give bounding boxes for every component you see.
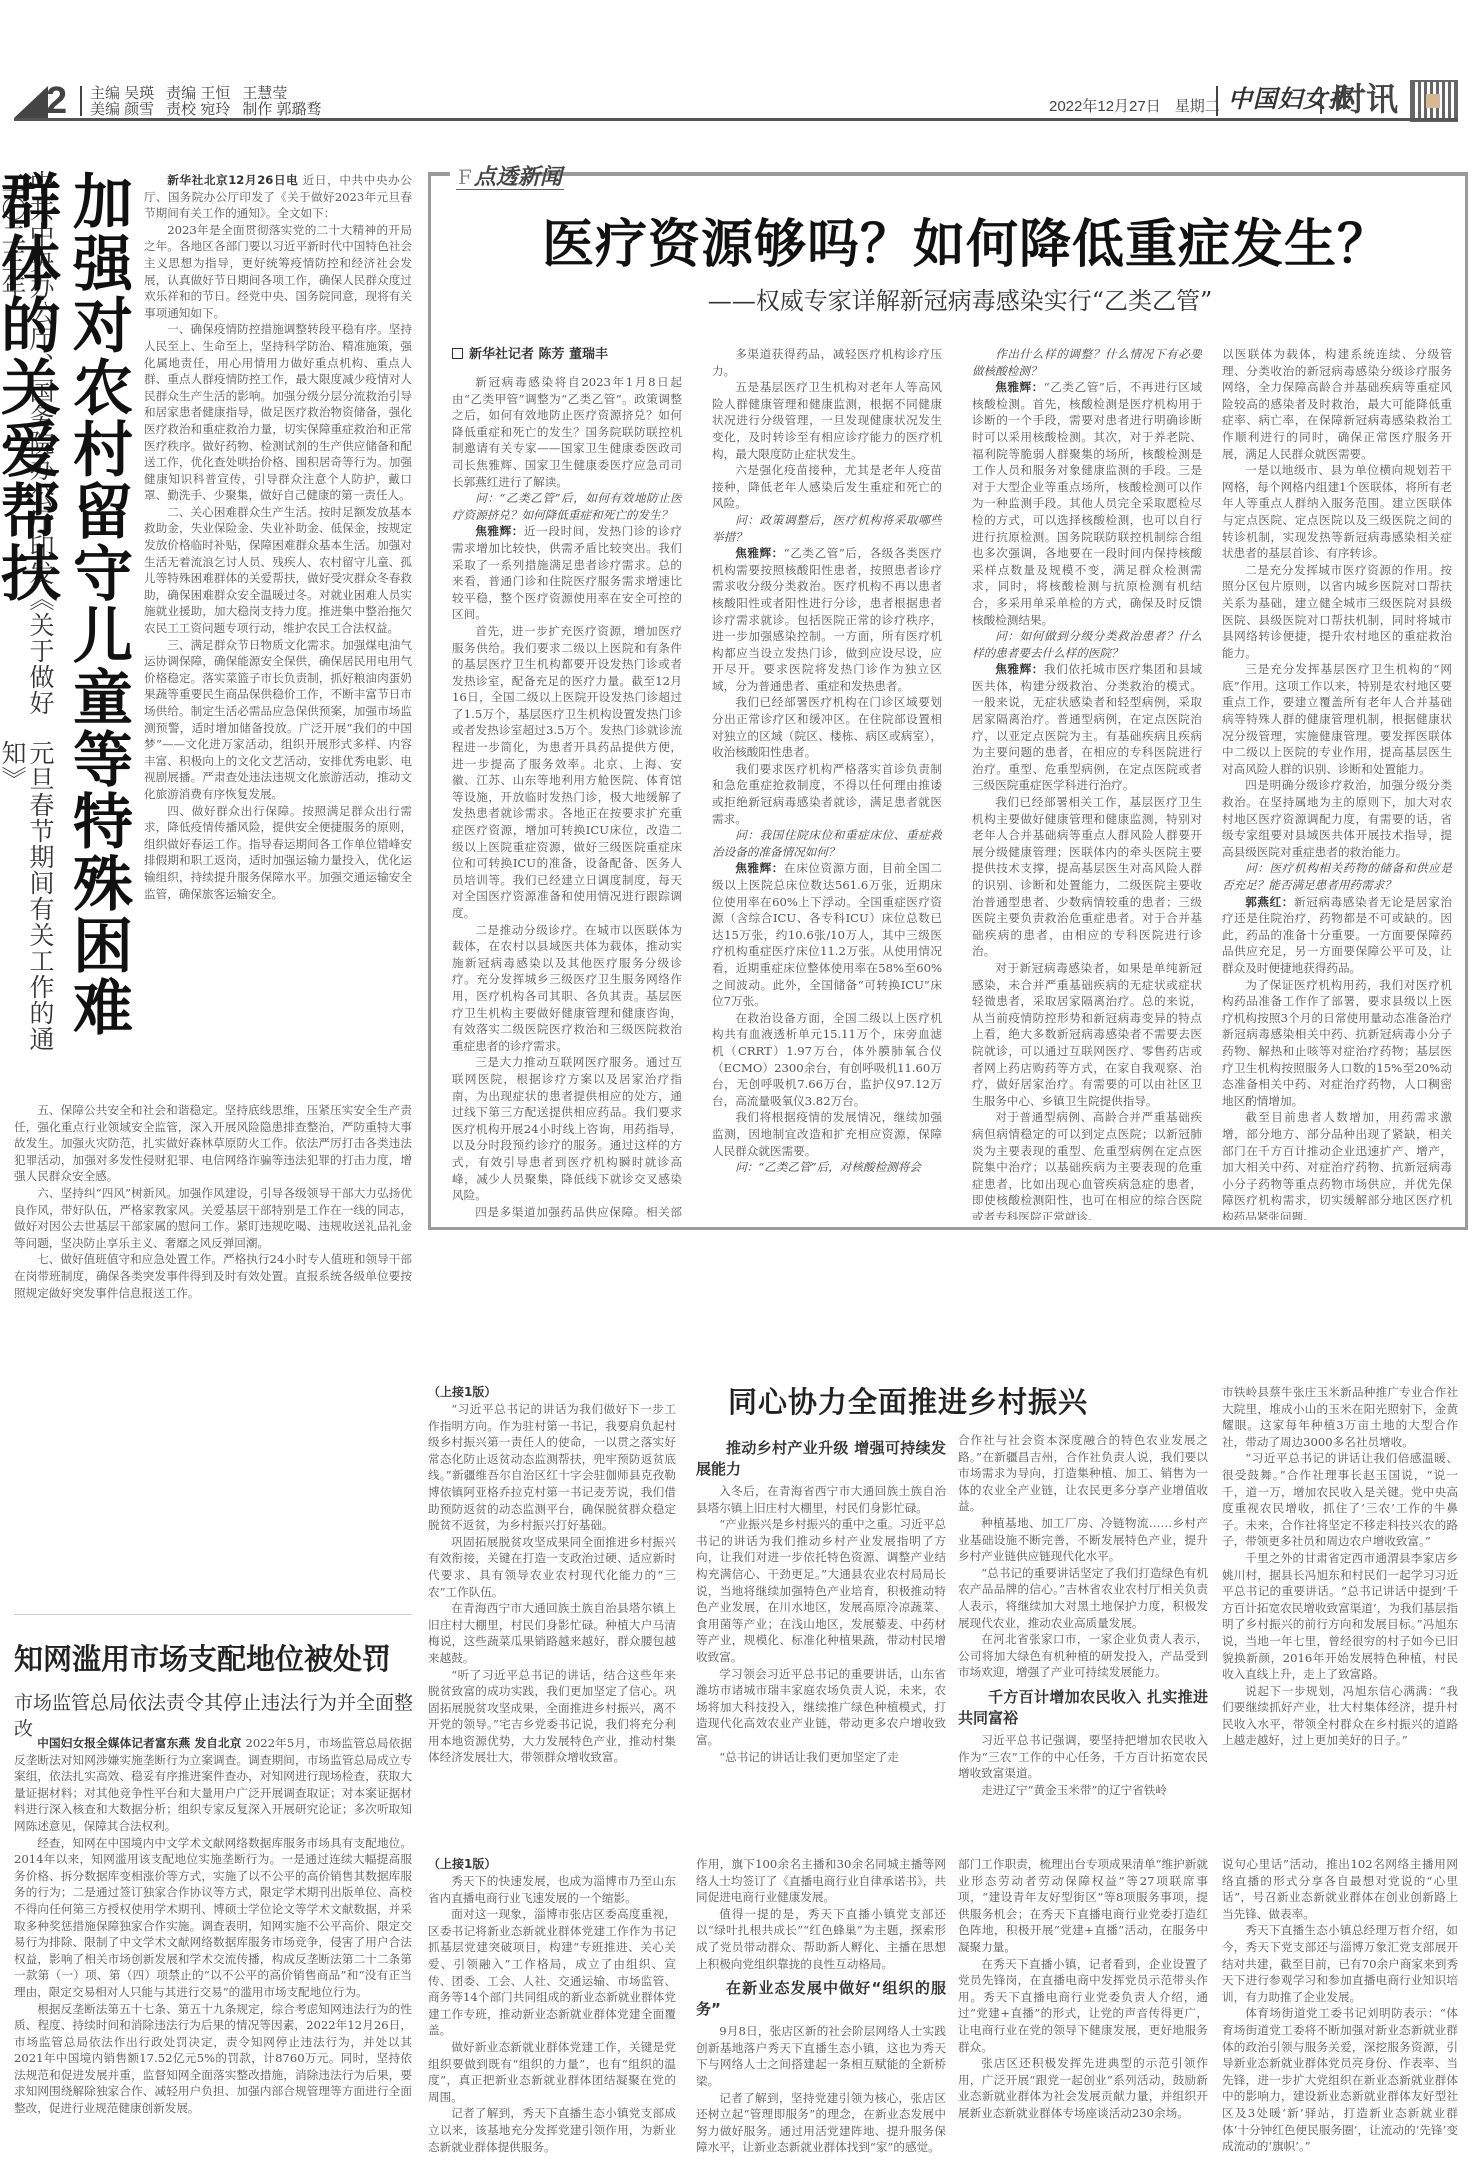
credit-chief-editor: 主编 吴瑛 xyxy=(90,86,154,102)
livestream-column-4: 说句心里话”活动，推出102名网络主播用网络直播的形式分享各自最想对党说的“心里… xyxy=(1222,1856,1458,2156)
continued-label: （上接1版） xyxy=(428,1856,676,1873)
kicker-prefix: F xyxy=(458,165,472,189)
paragraph: 面对这一现象，淄博市张店区委高度重视，区委书记将新业态新就业群体党建工作作为书记… xyxy=(428,1906,676,2039)
paragraph: “产业振兴是乡村振兴的重中之重。习近平总书记的讲话为我们推动乡村产业发展指明了方… xyxy=(696,1516,946,1665)
speaker: 焦雅辉： xyxy=(475,524,524,538)
checkbox-icon xyxy=(452,348,463,359)
paragraph: “总书记的讲话让我们更加坚定了走 xyxy=(696,1749,946,1766)
paragraph: 一、确保疫情防控措施调整转段平稳有序。坚持人民至上、生命至上，坚持科学防治、精准… xyxy=(144,321,412,504)
livestream-column-3: 部门工作职责，梳理出台专项成果清单“维护新就业形态劳动者劳动保障权益”等27项联… xyxy=(958,1856,1208,2156)
paragraph: 三是充分发挥基层医疗卫生机构的“网底”作用。这项工作以来，特别是农村地区要重点工… xyxy=(1222,661,1452,777)
subheading: 在新业态发展中做好“组织的服务” xyxy=(696,1978,946,2020)
paragraph: 三是大力推动互联网医疗服务。通过互联网医院，根据诊疗方案以及居家治疗指南，为出现… xyxy=(452,1054,682,1203)
date-text: 2022年12月27日 xyxy=(1049,98,1161,115)
paragraph: 首先，进一步扩充医疗资源，增加医疗服务供给。我们要求二级以上医院和有条件的基层医… xyxy=(452,623,682,922)
paragraph: 值得一提的是，秀天下直播小镇党支部还以“绿叶扎根共成长”“红色蜂巢”为主题，探索… xyxy=(696,1906,946,1972)
paragraph: 我们已经部署相关工作，基层医疗卫生机构主要做好健康管理和健康监测，特别对老年人合… xyxy=(972,794,1202,960)
qr-code-icon[interactable] xyxy=(1410,80,1458,122)
paragraph: 种植基地、加工厂房、冷链物流……乡村产业基础设施不断完善，不断发展特色产业，提升… xyxy=(958,1515,1208,1565)
paragraph: 合作社与社会资本深度融合的特色农业发展之路。”在新疆昌吉州，合作社负责人说，我们… xyxy=(958,1432,1208,1515)
paragraph: 四是多渠道加强药品供应保障。相关部门正在加强新冠相关治疗药物的生产、配送、供应，… xyxy=(452,1204,682,1220)
masthead: 2 主编 吴瑛 责编 王恒 王慧莹 美编 颜雪 责校 宛玲 制作 郭璐骛 202… xyxy=(0,0,1472,118)
paragraph: 走进辽宁“黄金玉米带”的辽宁省铁岭 xyxy=(958,1782,1208,1799)
page-number: 2 xyxy=(46,82,67,120)
paragraph: 一是以地级市、县为单位横向规划若干网格，每个网格内组建1个医联体，将所有老年人等… xyxy=(1222,462,1452,562)
paragraph: 千里之外的甘肃省定西市通渭县李家店乡姚川村，据县长冯旭东和村民们一起学习习近平总… xyxy=(1222,1550,1458,1683)
credit-editor: 责编 王恒 xyxy=(166,86,230,102)
page-corner-icon xyxy=(14,86,48,118)
paragraph: 记者了解到，坚持党建引领为核心，张店区还树立起“管理即服务”的理念，在新业态发展… xyxy=(696,2090,946,2156)
paragraph: 我们已经部署医疗机构在门诊区域要划分出正常诊疗区和缓冲区。在住院部设置相对独立的… xyxy=(712,694,942,760)
paragraph: 在河北省张家口市，一家企业负责人表示，公司将加大绿色有机种植的研发投入，产品受到… xyxy=(958,1631,1208,1681)
answer: 焦雅辉：我们依托城市医疗集团和县域医共体，构建分级救治、分类救治的模式。一般来说… xyxy=(972,661,1202,794)
paragraph: 五是基层医疗卫生机构对老年人等高风险人群健康管理和健康监测，根据不同健康状况进行… xyxy=(712,379,942,462)
feature-column-2: 多渠道获得药品，减轻医疗机构诊疗压力。五是基层医疗卫生机构对老年人等高风险人群健… xyxy=(712,346,942,1220)
question: 问：如何做到分级分类救治患者？什么样的患者要去什么样的医院？ xyxy=(972,628,1202,661)
paragraph: 截至目前患者人数增加，用药需求激增，部分地方、部分品种出现了紧缺，相关部门在千方… xyxy=(1222,1109,1452,1220)
credit-art-editor: 美编 颜雪 xyxy=(90,102,154,118)
answer: 焦雅辉：近一段时间，发热门诊的诊疗需求增加比较快，供需矛盾比较突出。我们采取了一… xyxy=(452,523,682,623)
divider xyxy=(1216,86,1218,116)
question: 问：“乙类乙管”后，如何有效地防止医疗资源挤兑？如何降低重症和死亡的发生？ xyxy=(452,490,682,523)
cnki-article-body: 中国妇女报全媒体记者富东燕 发自北京 2022年5月，市场监管总局依据反垄断法对… xyxy=(14,1735,412,2155)
weekday-text: 星期二 xyxy=(1175,98,1220,115)
feature-headline: 医疗资源够吗？如何降低重症发生？ xyxy=(466,214,1466,276)
paragraph: 习近平总书记强调，要坚持把增加农民收入作为“三农”工作的中心任务，千方百计拓宽农… xyxy=(958,1732,1208,1782)
paragraph: 我们要求医疗机构严格落实首诊负责制和急危重症抢救制度，不得以任何理由推诿或拒绝新… xyxy=(712,761,942,827)
paragraph: 新冠病毒感染将自2023年1月8日起由“乙类甲管”调整为“乙类乙管”。政策调整之… xyxy=(452,374,682,490)
divider xyxy=(1320,88,1322,114)
paragraph: 部门工作职责，梳理出台专项成果清单“维护新就业形态劳动者劳动保障权益”等27项联… xyxy=(958,1856,1208,1956)
paragraph: “总书记的重要讲话坚定了我们打造绿色有机农产品品牌的信心。”吉林省农业农村厅相关… xyxy=(958,1565,1208,1631)
rural-column-3: 合作社与社会资本深度融合的特色农业发展之路。”在新疆昌吉州，合作社负责人说，我们… xyxy=(958,1432,1208,1844)
credits-row-1: 主编 吴瑛 责编 王恒 王慧莹 xyxy=(90,86,326,102)
paragraph: 市铁岭县蔡牛张庄玉米新品种推广专业合作社大院里，堆成小山的玉米在阳光照射下，金黄… xyxy=(1222,1384,1458,1450)
credit-editor-2: 王慧莹 xyxy=(242,86,287,102)
speaker: 焦雅辉： xyxy=(995,662,1044,676)
answer: 焦雅辉：在床位资源方面，目前全国二级以上医院总床位数达561.6万张，近期床位使… xyxy=(712,860,942,1009)
paragraph: 二是推动分级诊疗。在城市以医联体为载体，在农村以县域医共体为载体，推动实施新冠病… xyxy=(452,922,682,1055)
speaker: 焦雅辉： xyxy=(735,861,784,875)
issue-date: 2022年12月27日星期二 xyxy=(1049,99,1220,115)
paragraph: 说句心里话”活动，推出102名网络主播用网络直播的形式分享各自最想对党说的“心里… xyxy=(1222,1856,1458,1922)
rural-column-2: 推动乡村产业升级 增强可持续发展能力入冬后，在青海省西宁市大通回族土族自治县塔尔… xyxy=(696,1432,946,1844)
paragraph: 体育场街道党工委书记刘明防表示：“体育场街道党工委将不断加强对新业态新就业群体的… xyxy=(1222,2005,1458,2154)
paragraph: 记者了解到，秀天下直播生态小镇党支部成立以来，该基地充分发挥党建引领作用，为新业… xyxy=(428,2105,676,2155)
paragraph: 入冬后，在青海省西宁市大通回族土族自治县塔尔镇上旧庄村大棚里，村民们身影忙碌。 xyxy=(696,1483,946,1516)
paragraph: 四、做好群众出行保障。按照满足群众出行需求，降低疫情传播风险，提供安全便捷服务的… xyxy=(144,803,412,903)
paragraph: 二是充分发挥城市医疗资源的作用。按照分区包片原则，以省内城乡医院对口帮扶关系为基… xyxy=(1222,562,1452,662)
paragraph: 张店区还积极发挥先进典型的示范引领作用，广泛开展“跟党一起创业”系列活动，鼓励新… xyxy=(958,2055,1208,2121)
paragraph: 在青海西宁市大通回族土族自治县塔尔镇上旧庄村大棚里，村民们身影忙碌。种植大户马清… xyxy=(428,1600,676,1666)
paragraph: 二、关心困难群众生产生活。按时足额发放基本救助金，失业保险金、失业补助金、低保金… xyxy=(144,504,412,637)
paragraph: 做好新业态新就业群体党建工作，关键是党组织要做到既有“组织的力量”，也有“组织的… xyxy=(428,2039,676,2105)
left-article-body-bottom: 五、保障公共安全和社会和谐稳定。坚持底线思维，压紧压实安全生产责任，强化重点行业… xyxy=(14,1102,412,1602)
speaker: 焦雅辉： xyxy=(735,546,784,560)
left-article-subtitle-cont: 元旦春节期间有关工作的通知》 xyxy=(28,740,54,1080)
answer: 焦雅辉：“乙类乙管”后，不再进行区域核酸检测。首先，核酸检测是医疗机构用于诊断的… xyxy=(972,379,1202,628)
byline: 新华社记者 陈芳 董瑞丰 xyxy=(452,346,682,364)
paragraph: 巩固拓展脱贫攻坚成果同全面推进乡村振兴有效衔接，关键在打造一支政治过硬、适应新时… xyxy=(428,1534,676,1600)
byline: 中国妇女报全媒体记者富东燕 发自北京 xyxy=(37,1736,241,1750)
divider xyxy=(14,1614,412,1615)
paragraph: 秀天下直播生态小镇总经理万哲介绍，如今，秀天下党支部还与淄博万象汇党支部展开结对… xyxy=(1222,1922,1458,2005)
paragraph: 秀天下的快速发展，也成为淄博市乃至山东省内直播电商行业飞速发展的一个缩影。 xyxy=(428,1873,676,1906)
paragraph: “习近平总书记的讲话让我们倍感温暖、很受鼓舞。”合作社理事长赵玉国说，“说一千，… xyxy=(1222,1450,1458,1550)
section-title: 时讯 xyxy=(1334,82,1398,116)
livestream-column-1: （上接1版）秀天下的快速发展，也成为淄博市乃至山东省内直播电商行业飞速发展的一个… xyxy=(428,1856,676,2156)
speaker: 焦雅辉： xyxy=(995,380,1044,394)
paragraph: 七、做好值班值守和应急处置工作。严格执行24小时专人值班和领导干部在岗带班制度，… xyxy=(14,1251,412,1301)
left-article-title: 加强对农村留守儿童等特殊困难群体的关爱帮扶 xyxy=(54,170,134,1090)
paragraph: 9月8日，张店区新的社会阶层网络人士实践创新基地落户秀天下直播生态小镇，这也为秀… xyxy=(696,2023,946,2089)
rural-headline: 同心协力全面推进乡村振兴 xyxy=(728,1384,1088,1420)
header-rule xyxy=(14,118,1458,121)
rural-column-1: （上接1版）“习近平总书记的讲话为我们做好下一步工作指明方向。作为驻村第一书记，… xyxy=(428,1384,676,1844)
paragraph: “听了习近平总书记的讲话，结合这些年来脱贫致富的成功实践，我们更加坚定了信心。巩… xyxy=(428,1667,676,1767)
subheading: 千方百计增加农民收入 扎实推进共同富裕 xyxy=(958,1687,1208,1729)
paragraph: 作用，旗下100余名主播和30余名同城主播等网络人士均签订了《直播电商行业自律承… xyxy=(696,1856,946,1906)
paragraph: 学习领会习近平总书记的重要讲话，山东省潍坊市诸城市瑞丰家庭农场负责人说，未来，农… xyxy=(696,1666,946,1749)
paragraph: 六是强化疫苗接种，尤其是老年人疫苗接种，降低老年人感染后发生重症和死亡的风险。 xyxy=(712,462,942,512)
credits-row-2: 美编 颜雪 责校 宛玲 制作 郭璐骛 xyxy=(90,102,326,118)
paragraph: 根据反垄断法第五十七条、第五十九条规定，综合考虑知网违法行为的性质、程度、持续时… xyxy=(14,2001,412,2117)
feature-deck: ——权威专家详解新冠病毒感染实行“乙类乙管” xyxy=(560,286,1360,316)
divider xyxy=(80,86,82,116)
left-article-body-top: 新华社北京12月26日电 近日，中共中央办公厅、国务院办公厅印发了《关于做好20… xyxy=(144,172,412,1102)
continued-label: （上接1版） xyxy=(428,1384,676,1401)
paragraph: 四是明确分级诊疗救治，加强分级分类救治。在坚持属地为主的原则下，加大对农村地区医… xyxy=(1222,777,1452,860)
editor-credits: 主编 吴瑛 责编 王恒 王慧莹 美编 颜雪 责校 宛玲 制作 郭璐骛 xyxy=(90,86,326,118)
feature-column-3: 作出什么样的调整？什么情况下有必要做核酸检测？焦雅辉：“乙类乙管”后，不再进行区… xyxy=(972,346,1202,1220)
cnki-article-title: 知网滥用市场支配地位被处罚 xyxy=(14,1640,414,1678)
feature-column-1: 新华社记者 陈芳 董瑞丰 新冠病毒感染将自2023年1月8日起由“乙类甲管”调整… xyxy=(452,346,682,1220)
paragraph: 对于普通型病例、高龄合并严重基础疾病但病情稳定的可以到定点医院；以新冠肺炎为主要… xyxy=(972,1109,1202,1220)
paragraph: 三、满足群众节日物质文化需求。加强煤电油气运协调保障，确保能源安全保供，确保居民… xyxy=(144,637,412,803)
rural-column-4: 市铁岭县蔡牛张庄玉米新品种推广专业合作社大院里，堆成小山的玉米在阳光照射下，金黄… xyxy=(1222,1384,1458,1844)
paragraph: 为了保证医疗机构用药，我们对医疗机构药品准备工作作了部署，要求县级以上医疗机构按… xyxy=(1222,977,1452,1110)
paragraph: 多渠道获得药品，减轻医疗机构诊疗压力。 xyxy=(712,346,942,379)
question: 问：医疗机构相关药物的储备和供应是否充足？能否满足患者用药需求？ xyxy=(1222,860,1452,893)
paragraph: 在救治设备方面，全国二级以上医疗机构共有血液透析单元15.11万个，床旁血滤机（… xyxy=(712,1010,942,1110)
column-kicker: F点透新闻 xyxy=(456,167,564,190)
paragraph: 五、保障公共安全和社会和谐稳定。坚持底线思维，压紧压实安全生产责任，强化重点行业… xyxy=(14,1102,412,1185)
subheading: 推动乡村产业升级 增强可持续发展能力 xyxy=(696,1438,946,1480)
paragraph: 2023年是全面贯彻落实党的二十大精神的开局之年。各地区各部门要以习近平新时代中… xyxy=(144,222,412,322)
paragraph: 以医联体为载体，构建系统连续、分级管理、分类收治的新冠病毒感染分级诊疗服务网络，… xyxy=(1222,346,1452,462)
paragraph: 我们将根据疫情的发展情况，继续加强监测，因地制宜改造和扩充相应资源，保障人民群众… xyxy=(712,1109,942,1159)
page-number-badge: 2 xyxy=(14,86,76,118)
answer: 郭燕红：新冠病毒感染者无论是居家治疗还是住院治疗，药物都是不可或缺的。因此，药品… xyxy=(1222,894,1452,977)
paragraph: “习近平总书记的讲话为我们做好下一步工作指明方向。作为驻村第一书记，我要肩负起村… xyxy=(428,1401,676,1534)
paragraph: 经查，知网在中国境内中文学术文献网络数据库服务市场具有支配地位。2014年以来，… xyxy=(14,1835,412,2001)
question: 问：我国住院床位和重症床位、重症救治设备的准备情况如何？ xyxy=(712,827,942,860)
feature-column-4: 以医联体为载体，构建系统连续、分级管理、分类收治的新冠病毒感染分级诊疗服务网络，… xyxy=(1222,346,1452,1220)
paragraph: 说起下一步规划，冯旭东信心满满：“我们要继续抓好产业，壮大村集体经济，提升村民收… xyxy=(1222,1683,1458,1749)
paragraph: 对于新冠病毒感染者，如果是单纯新冠感染，未合并严重基础疾病的无症状或症状轻微患者… xyxy=(972,960,1202,1109)
paragraph: 在秀天下直播小镇，记者看到，企业设置了党员先锋岗，在直播电商中发挥党员示范带头作… xyxy=(958,1956,1208,2056)
speaker: 郭燕红： xyxy=(1245,895,1294,909)
question: 作出什么样的调整？什么情况下有必要做核酸检测？ xyxy=(972,346,1202,379)
paragraph: 六、坚持纠“四风”树新风。加强作风建设，引导各级领导干部大力弘扬优良作风，带好队… xyxy=(14,1185,412,1251)
credit-proofreader: 责校 宛玲 xyxy=(166,102,230,118)
question: 问：“乙类乙管”后，对核酸检测将会 xyxy=(712,1159,942,1176)
answer: 焦雅辉：“乙类乙管”后，各级各类医疗机构需要按照核酸阳性患者，按照患者诊疗需求收… xyxy=(712,545,942,694)
question: 问：政策调整后，医疗机构将采取哪些举措？ xyxy=(712,512,942,545)
kicker-label: 点透新闻 xyxy=(474,164,562,190)
dateline: 新华社北京12月26日电 xyxy=(167,173,298,187)
credit-producer: 制作 郭璐骛 xyxy=(242,102,321,118)
livestream-column-2: 作用，旗下100余名主播和30余名同城主播等网络人士均签订了《直播电商行业自律承… xyxy=(696,1856,946,2156)
